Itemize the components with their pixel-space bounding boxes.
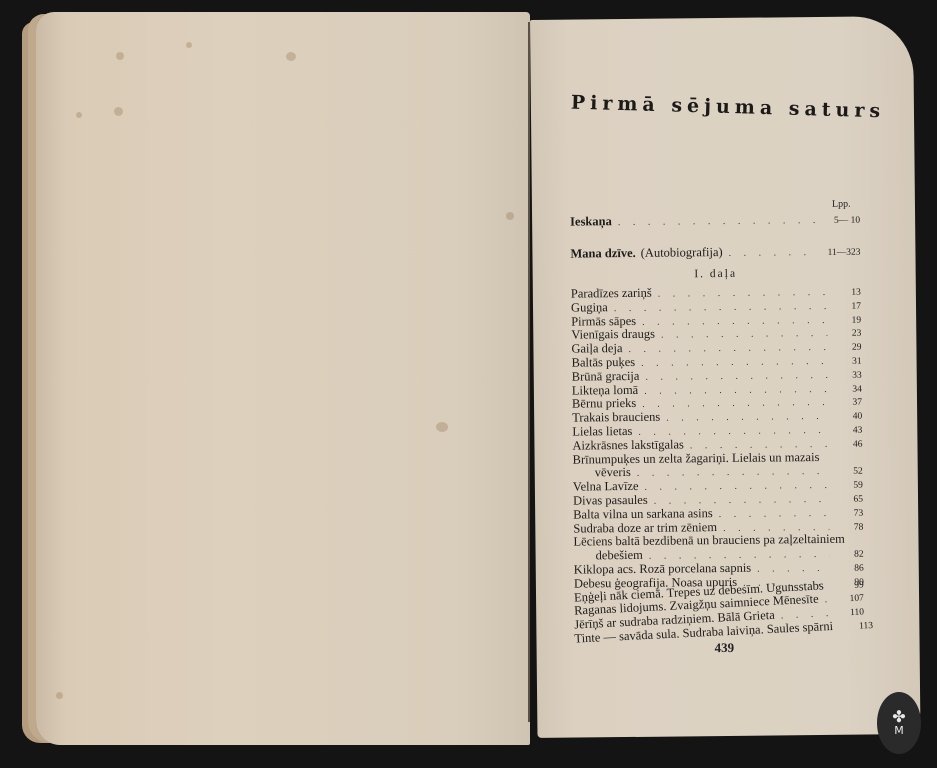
entry-page: 52 [835,466,863,480]
entry-page: 29 [833,342,861,356]
foxing-spot [56,692,63,699]
foxing-spot [114,107,123,116]
leader-dots [719,507,830,522]
entry-page: 46 [834,438,862,452]
entry-page: 33 [834,369,862,383]
entry-page: 59 [835,480,863,494]
entry-title: Lēciens baltā bezdibenā un brauciens pa … [573,533,845,550]
entry-page: 13 [833,287,861,301]
watermark-logo: ✤ M [877,692,921,754]
entry-title: Paradīzes zariņš [571,287,652,302]
section-heading: I. daļa [571,267,861,282]
entry-page: 82 [836,549,864,563]
watermark-letter: M [894,725,904,737]
leader-dots [729,246,815,261]
book-gutter [528,22,530,722]
toc-title: Pirmā sējuma saturs [571,92,886,123]
entry-title: Gugiņa [571,301,608,315]
foxing-spot [286,52,296,61]
entry-page: 17 [833,300,861,314]
foxing-spot [116,52,124,60]
toc-list: Ieskaņa 5— 10 Mana dzīve. (Autobiografij… [570,213,864,647]
entry-title: Ieskaņa [570,215,612,229]
right-page-table-of-contents: Pirmā sējuma saturs Lpp. Ieskaņa 5— 10 M… [530,16,920,738]
foxing-spot [186,42,192,48]
foxing-spot [76,112,82,118]
toc-entry-mana-dzive: Mana dzīve. (Autobiografija) 11—323 [570,245,860,266]
entry-page: 86 [836,562,864,576]
open-book-photo: Pirmā sējuma saturs Lpp. Ieskaņa 5— 10 M… [0,0,937,768]
page-column-header: Lpp. [832,199,851,210]
foxing-spot [506,212,514,220]
entry-page: 34 [834,383,862,397]
entry-page: 37 [834,397,862,411]
page-number: 439 [715,640,735,656]
foxing-spot [436,422,448,432]
leader-dots [757,562,830,577]
entry-page: 23 [833,328,861,342]
entry-title: Brīnumpuķes un zelta žagariņi. Lielais u… [573,451,820,467]
entry-page: 40 [834,411,862,425]
leader-dots [618,214,820,230]
entry-page: 65 [835,493,863,507]
entry-page: 31 [834,356,862,370]
entry-pages: 5— 10 [826,215,860,229]
entry-title: Mana dzīve. [570,247,635,261]
entry-subtitle: (Autobiografija) [641,246,723,261]
entry-page: 43 [834,425,862,439]
toc-entry-ieskana: Ieskaņa 5— 10 [570,213,860,234]
entry-pages: 11—323 [820,247,860,261]
left-page-blank [36,12,530,745]
leader-dots [839,621,840,635]
entry-page: 19 [833,314,861,328]
entry-page: 113 [845,620,874,635]
flower-ornament-icon: ✤ [892,709,905,725]
entry-page: 73 [835,507,863,521]
